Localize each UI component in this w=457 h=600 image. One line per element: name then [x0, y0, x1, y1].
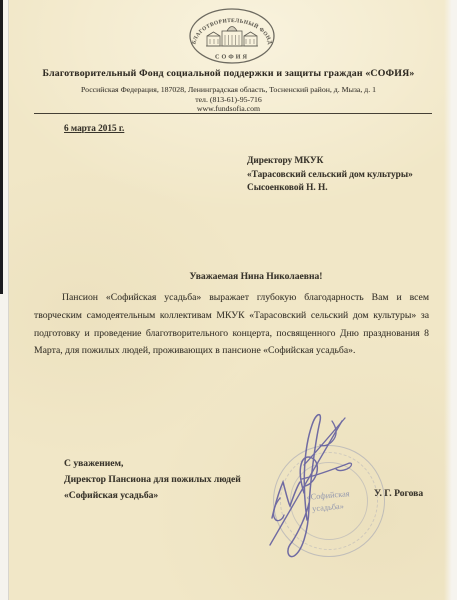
- date-line: 6 марта 2015 г.: [64, 123, 124, 133]
- logo-name-text: СОФИЯ: [215, 54, 249, 61]
- body-paragraph: Пансион «Софийская усадьба» выражает глу…: [34, 289, 429, 360]
- handwritten-signature-icon: [252, 403, 362, 563]
- closing-line: Директор Пансиона для пожилых людей: [64, 472, 241, 488]
- org-phone: тел. (813-61)-95-716: [0, 95, 457, 104]
- recipient-block: Директору МКУК «Тарасовский сельский дом…: [247, 155, 413, 196]
- fund-logo-stamp-icon: БЛАГОТВОРИТЕЛЬНЫЙ ФОНД СОФИЯ: [186, 6, 278, 66]
- org-name: Благотворительный Фонд социальной поддер…: [0, 68, 457, 79]
- recipient-line: Сысоенковой Н. Н.: [247, 182, 413, 196]
- closing-block: С уважением, Директор Пансиона для пожил…: [64, 456, 241, 505]
- letterhead-divider: [34, 113, 432, 114]
- scan-edge-right: [444, 0, 457, 600]
- recipient-line: Директору МКУК: [247, 155, 413, 169]
- org-address: Российская Федерация, 187028, Ленинградс…: [0, 85, 457, 94]
- letter-paper: БЛАГОТВОРИТЕЛЬНЫЙ ФОНД СОФИЯ Благотворит…: [0, 0, 457, 600]
- salutation: Уважаемая Нина Николаевна!: [56, 271, 456, 282]
- recipient-line: «Тарасовский сельский дом культуры»: [247, 169, 413, 183]
- closing-line: С уважением,: [64, 456, 241, 472]
- scanned-letter-page: БЛАГОТВОРИТЕЛЬНЫЙ ФОНД СОФИЯ Благотворит…: [0, 0, 457, 600]
- org-website: www.fundsofia.com: [0, 104, 457, 113]
- scan-edge-shadow: [0, 0, 3, 294]
- closing-line: «Софийская усадьба»: [64, 488, 241, 504]
